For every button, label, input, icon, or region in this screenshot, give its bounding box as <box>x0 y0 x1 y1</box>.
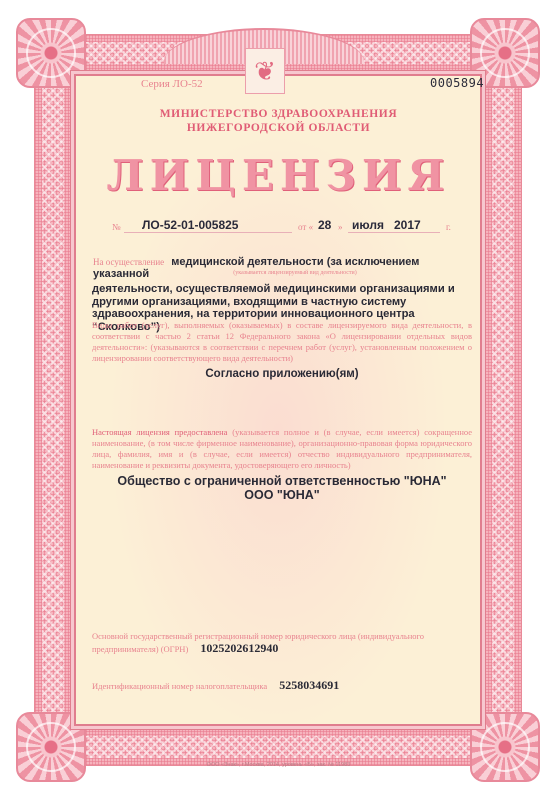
serial-number: 0005894 <box>430 76 484 90</box>
date-quote: » <box>338 222 343 232</box>
license-number: ЛО-52-01-005825 <box>142 218 238 232</box>
coat-of-arms-icon: ❦ <box>245 48 285 94</box>
org-short-name: ООО "ЮНА" <box>92 488 472 502</box>
date-year: 2017 <box>394 218 421 232</box>
issuing-authority: МИНИСТЕРСТВО ЗДРАВООХРАНЕНИЯ НИЖЕГОРОДСК… <box>100 107 457 135</box>
licensee: Общество с ограниченной ответственностью… <box>92 474 472 502</box>
document-title: ЛИЦЕНЗИЯ <box>100 152 457 200</box>
works-hint: (указываются в соответствии с перечнем р… <box>92 342 472 363</box>
printer-imprint: ООО «Знак», г.Москва, 2014, уровень «Б»,… <box>150 762 407 768</box>
activity-line: На осуществление медицинской деятельност… <box>93 256 463 280</box>
inn-value: 5258034691 <box>279 678 339 692</box>
works-section: Виды работ (услуг), выполняемых (оказыва… <box>92 320 472 364</box>
underline <box>348 232 440 233</box>
granted-head: Настоящая лицензия предоставлена <box>92 427 227 437</box>
annex-reference: Согласно приложению(ям) <box>92 368 472 380</box>
border-band-right <box>492 74 514 726</box>
ogrn-value: 1025202612940 <box>200 641 278 655</box>
underline <box>124 232 292 233</box>
inn-line: Идентификационный номер налогоплательщик… <box>92 680 472 692</box>
year-suffix: г. <box>446 222 451 232</box>
border-band-bottom <box>74 736 482 758</box>
inn-label: Идентификационный номер налогоплательщик… <box>92 681 267 691</box>
activity-hint: (указывается лицензируемый вид деятельно… <box>205 270 385 276</box>
ogrn-line: Основной государственный регистрационный… <box>92 630 472 655</box>
license-number-line: № ЛО-52-01-005825 от « 28 » июля 2017 г. <box>112 218 452 234</box>
number-label: № <box>112 222 121 232</box>
date-month: июля <box>352 218 384 232</box>
date-day: 28 <box>318 218 331 232</box>
series-label: Серия ЛО-52 <box>141 78 203 90</box>
activity-label: На осуществление <box>93 257 164 267</box>
granted-section: Настоящая лицензия предоставлена (указыв… <box>92 427 472 471</box>
date-from-label: от « <box>298 222 313 232</box>
ministry-line-2: НИЖЕГОРОДСКОЙ ОБЛАСТИ <box>100 121 457 135</box>
border-band-left <box>42 74 64 726</box>
ministry-line-1: МИНИСТЕРСТВО ЗДРАВООХРАНЕНИЯ <box>100 107 457 121</box>
org-full-name: Общество с ограниченной ответственностью… <box>92 474 472 488</box>
